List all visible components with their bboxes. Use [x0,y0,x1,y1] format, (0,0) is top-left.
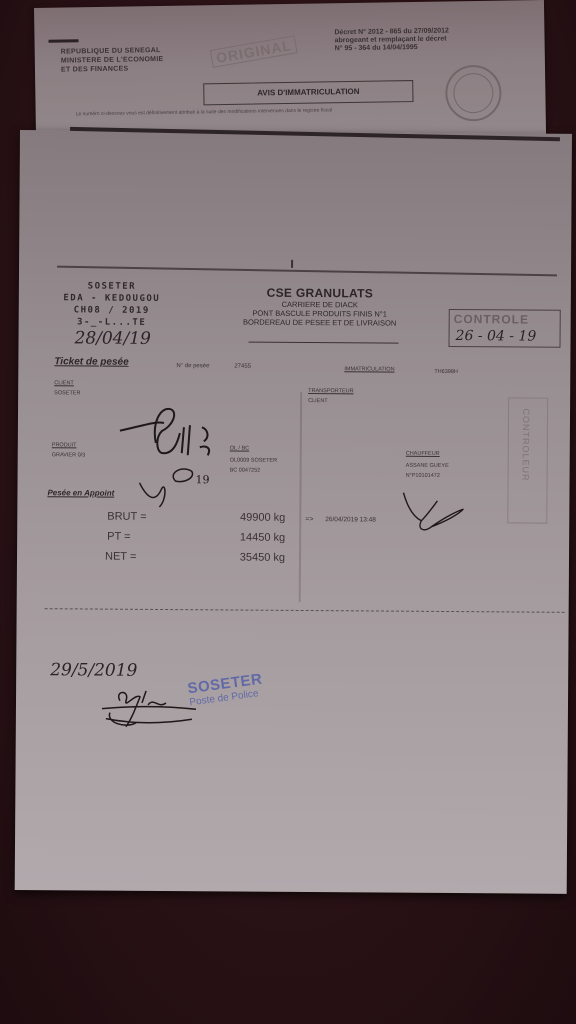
control-stamp-word: CONTROLE [454,312,529,327]
handwritten-date: 28/04/19 [74,328,150,349]
weighing-number-label: N° de pesée [176,363,209,369]
vertical-controller-stamp: CONTROLEUR [507,397,548,523]
issuer-header: REPUBLIQUE DU SENEGAL MINISTERE DE L'ECO… [61,46,164,75]
tare-weight-value: 14450 kg [195,531,285,544]
tick-mark [291,260,293,268]
header-line: CH08 / 2019 [57,304,167,317]
net-weight-value: 35450 kg [195,551,285,564]
product-value: GRAVIER 0/3 [52,452,86,458]
client-label: CLIENT [54,380,74,386]
notice-text: Le numéro ci-dessous vous est définitive… [76,107,333,117]
handwritten-signature-icon: 19 [115,403,236,504]
notice-title: AVIS D'IMMATRICULATION [203,80,413,105]
gross-weight-label: BRUT = [107,511,146,523]
decree-reference: Décret N° 2012 - 865 du 27/09/2012 abrog… [334,26,514,53]
registration-value: TH6398H [434,369,458,375]
arrow-glyph: => [305,516,313,523]
driver-signature-icon [397,487,477,538]
decree-line: N° 95 - 364 du 14/04/1995 [335,42,515,53]
round-official-stamp [445,65,502,122]
weighing-ticket-document: SOSETER EDA - KEDOUGOU CH08 / 2019 3-_-L… [15,130,572,894]
weighing-number-value: 27455 [234,364,251,370]
header-line: 3-_-L...TE [57,316,167,329]
company-underline [249,342,399,344]
transporter-label: TRANSPORTEUR [308,388,353,394]
weighing-mode: Pesée en Appoint [47,488,114,497]
header-dash [49,39,79,42]
paper-fold [299,392,302,602]
company-line: BORDEREAU DE PESEE ET DE LIVRAISON [205,317,435,328]
control-stamp-date: 26 - 04 - 19 [456,328,537,345]
client-value: SOSETER [54,390,80,396]
control-stamp: CONTROLE 26 - 04 - 19 [448,309,560,348]
perforation-line [45,608,565,613]
header-line: EDA - KEDOUGOU [57,292,167,305]
company-header: CSE GRANULATS CARRIERE DE DIACK PONT BAS… [205,285,435,328]
ticket-title: Ticket de pesée [54,356,128,368]
driver-label: CHAUFFEUR [406,451,440,457]
driver-name: ASSANE GUEYE [406,463,449,469]
police-stamp: SOSETER Poste de Police [187,671,265,709]
original-stamp: ORIGINAL [210,35,298,68]
net-weight-label: NET = [105,551,136,563]
issuer-line: ET DES FINANCES [61,64,164,75]
registration-label: IMMATRICULATION [344,366,394,372]
tare-weight-label: PT = [107,531,130,543]
ticket-top-rule [57,266,557,277]
product-label: PRODUIT [52,442,77,448]
driver-licence: N°P10101472 [406,473,440,479]
order-value-1: OL0009 SOSETER [230,457,277,463]
gross-weight-value: 49900 kg [195,511,285,524]
controller-stamp-text: CONTROLEUR [521,409,532,482]
weighing-timestamp: 26/04/2019 13:48 [325,516,376,523]
signature-note: 19 [196,473,210,486]
footer-handwritten-date: 29/5/2019 [50,660,137,681]
transporter-value: CLIENT [308,398,328,404]
handwritten-header-block: SOSETER EDA - KEDOUGOU CH08 / 2019 3-_-L… [57,280,167,329]
header-line: SOSETER [57,280,167,293]
